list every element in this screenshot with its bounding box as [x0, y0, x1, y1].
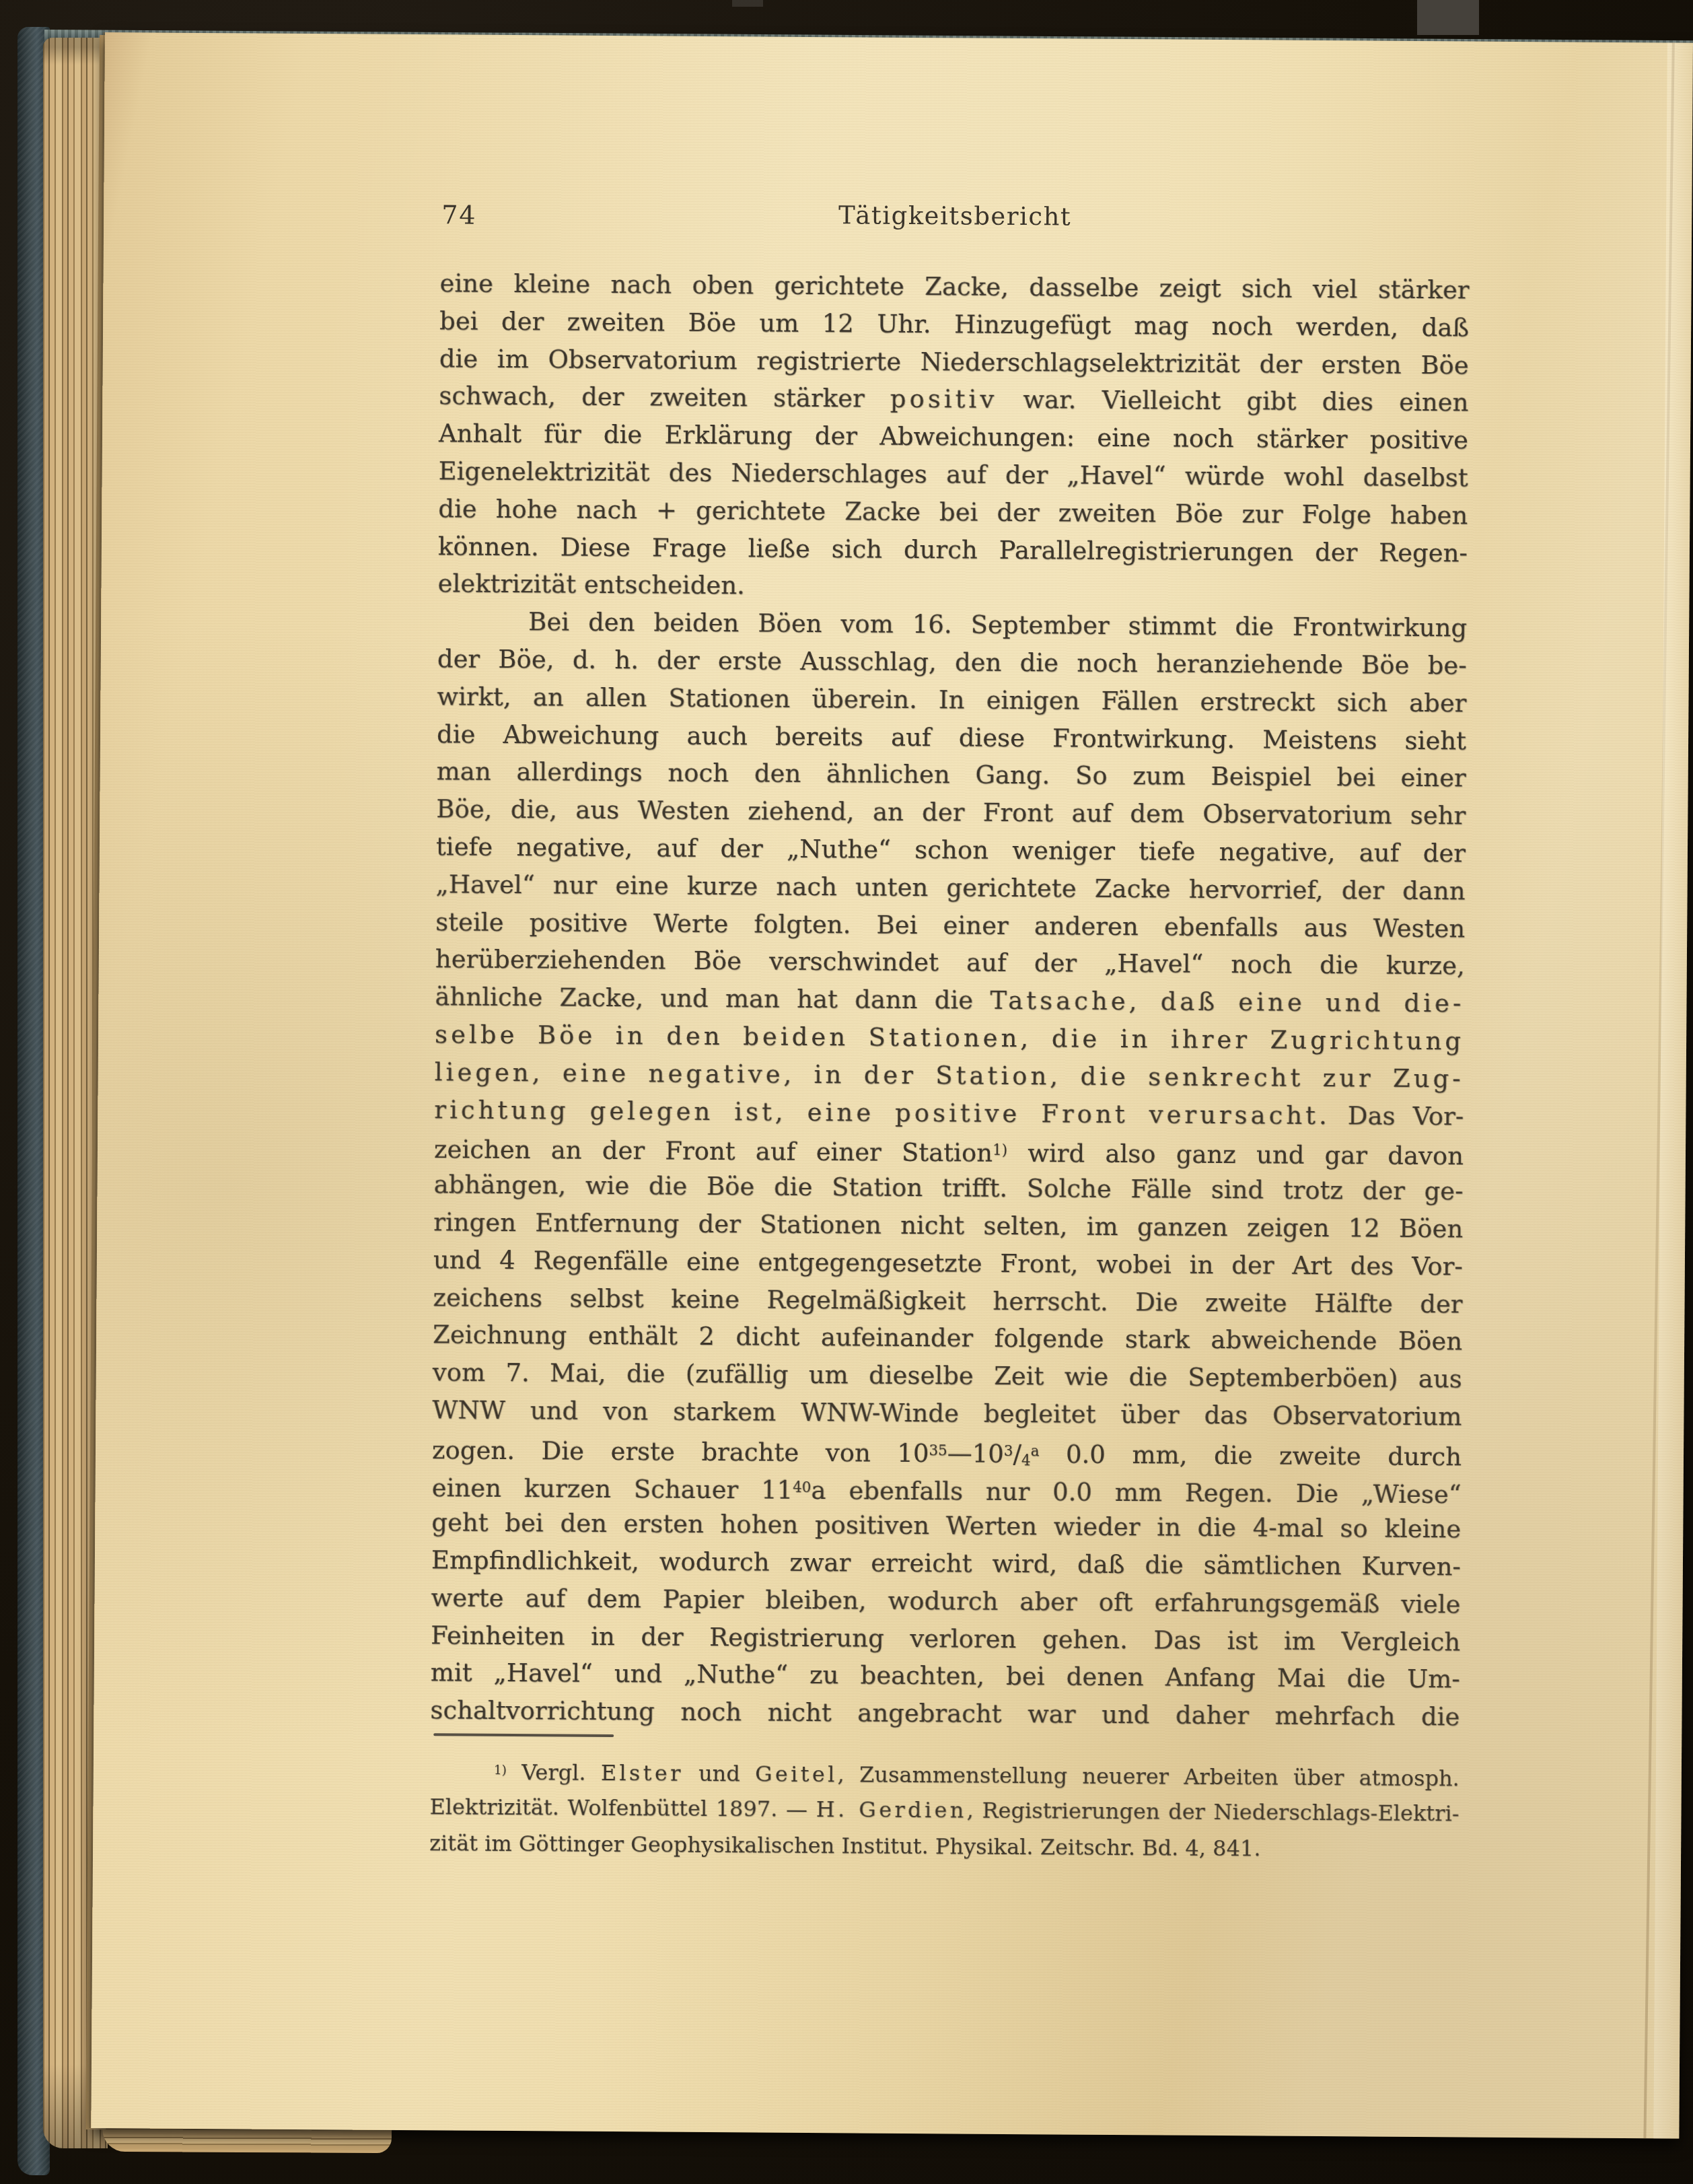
text-segment: Bei den beiden Böen vom 16. September st…: [528, 607, 1467, 642]
text-line: elektrizität entscheiden.: [437, 565, 1467, 610]
text-segment: Empfindlichkeit, wodurch zwar erreicht w…: [431, 1545, 1461, 1581]
text-segment: mit „Havel“ und „Nuthe“ zu beachten, bei…: [431, 1658, 1460, 1694]
text-line: die im Observatorium registrierte Nieder…: [439, 340, 1469, 384]
text-segment: 1): [993, 1142, 1007, 1159]
footnote-separator: [433, 1733, 614, 1737]
text-segment: schwach, der zweiten stärker: [439, 382, 890, 413]
background-patch: [732, 0, 763, 7]
text-segment: können. Diese Frage ließe sich durch Par…: [438, 532, 1468, 567]
text-segment: positiv: [890, 384, 998, 414]
text-line: und 4 Regenfälle eine entgegengesetzte F…: [433, 1241, 1463, 1285]
text-segment: , Zusammenstellung neuerer Arbeiten über…: [838, 1762, 1460, 1792]
scanned-book-photo: { "page": { "page_number": "74", "runnin…: [0, 0, 1693, 2184]
text-segment: bei der zweiten Böe um 12 Uhr. Hinzugefü…: [439, 306, 1469, 342]
text-segment: elektrizität entscheiden.: [437, 569, 745, 600]
text-line: geht bei den ersten hohen positiven Wert…: [431, 1504, 1461, 1549]
text-line: Bei den beiden Böen vom 16. September st…: [437, 602, 1467, 647]
text-line: können. Diese Frage ließe sich durch Par…: [438, 528, 1468, 572]
text-segment: liegen, eine negative, in der Station, d…: [435, 1057, 1464, 1093]
text-line: die Abweichung auch bereits auf diese Fr…: [437, 715, 1466, 760]
text-line: richtung gelegen ist, eine positive Fron…: [434, 1091, 1464, 1135]
text-segment: Feinheiten in der Registrierung verloren…: [431, 1621, 1460, 1656]
text-line: abhängen, wie die Böe die Station trifft…: [433, 1166, 1463, 1210]
text-segment: a: [1031, 1443, 1040, 1460]
text-segment: 40: [793, 1479, 811, 1495]
text-line: eine kleine nach oben gerichtete Zacke, …: [439, 265, 1469, 309]
paragraph: eine kleine nach oben gerichtete Zacke, …: [437, 265, 1469, 609]
text-line: Zeichnung enthält 2 dicht aufeinander fo…: [433, 1316, 1462, 1361]
text-segment: und: [684, 1761, 755, 1787]
text-segment: einen kurzen Schauer 11: [432, 1473, 793, 1504]
text-line: der Böe, d. h. der erste Ausschlag, den …: [437, 640, 1467, 684]
text-segment: die Abweichung auch bereits auf diese Fr…: [437, 719, 1466, 755]
text-line: Feinheiten in der Registrierung verloren…: [431, 1617, 1460, 1661]
body-text: eine kleine nach oben gerichtete Zacke, …: [430, 265, 1469, 1736]
text-segment: eine kleine nach oben gerichtete Zacke, …: [439, 269, 1469, 304]
text-segment: 35: [929, 1442, 947, 1459]
text-segment: H. Gerdien: [816, 1796, 967, 1823]
text-segment: Zeichnung enthält 2 dicht aufeinander fo…: [433, 1320, 1462, 1356]
text-segment: schaltvorrichtung noch nicht angebracht …: [430, 1696, 1460, 1732]
text-segment: Elektrizität. Wolfenbüttel 1897. —: [429, 1794, 816, 1822]
page-number: 74: [441, 200, 477, 230]
text-segment: abhängen, wie die Böe die Station trifft…: [434, 1170, 1464, 1205]
text-segment: Elster: [601, 1760, 684, 1786]
text-line: wirkt, an allen Stationen überein. In ei…: [437, 678, 1466, 722]
text-line: Empfindlichkeit, wodurch zwar erreicht w…: [431, 1541, 1461, 1586]
text-segment: ähnliche Zacke, und man hat dann die: [435, 982, 990, 1014]
text-segment: die hohe nach + gerichtete Zacke bei der…: [438, 494, 1468, 530]
text-segment: tiefe negative, auf der „Nuthe“ schon we…: [436, 832, 1466, 868]
text-segment: zität im Göttinger Geophysikalischen Ins…: [429, 1830, 1261, 1861]
text-line: Anhalt für die Erklärung der Abweichunge…: [439, 415, 1468, 459]
text-segment: war. Vielleicht gibt dies einen: [997, 385, 1468, 417]
text-segment: werte auf dem Papier bleiben, wodurch ab…: [431, 1583, 1460, 1619]
text-line: selbe Böe in den beiden Stationen, die i…: [435, 1016, 1464, 1060]
text-line: zogen. Die erste brachte von 1035—103/4a…: [432, 1429, 1462, 1473]
text-line: vom 7. Mai, die (zufällig um dieselbe Ze…: [433, 1353, 1462, 1398]
text-segment: selbe Böe in den beiden Stationen, die i…: [435, 1020, 1464, 1055]
footnote-line: zität im Göttinger Geophysikalischen Ins…: [429, 1825, 1459, 1868]
text-segment: Geitel: [755, 1761, 838, 1788]
text-segment: 1): [494, 1763, 507, 1777]
text-line: WNW und von starkem WNW-Winde begleitet …: [432, 1391, 1462, 1436]
text-line: herüberziehenden Böe verschwindet auf de…: [435, 941, 1465, 985]
book-page: 74 Tätigkeitsbericht eine kleine nach ob…: [91, 32, 1693, 2139]
background-patch: [1417, 0, 1479, 35]
text-segment: herüberziehenden Böe verschwindet auf de…: [435, 945, 1465, 981]
text-line: „Havel“ nur eine kurze nach unten gerich…: [435, 866, 1465, 910]
text-segment: die im Observatorium registrierte Nieder…: [439, 344, 1469, 380]
text-segment: ringen Entfernung der Stationen nicht se…: [433, 1207, 1463, 1243]
footnote-line: 1) Vergl. Elster und Geitel, Zusammenste…: [430, 1752, 1460, 1795]
text-segment: Anhalt für die Erklärung der Abweichunge…: [439, 419, 1468, 454]
text-segment: wird also ganz und gar davon: [1007, 1139, 1464, 1170]
text-line: Böe, die, aus Westen ziehend, an der Fro…: [436, 790, 1466, 835]
text-line: liegen, eine negative, in der Station, d…: [435, 1053, 1464, 1098]
text-line: zeichens selbst keine Regelmäßigkeit her…: [433, 1279, 1462, 1323]
text-segment: a ebenfalls nur 0.0 mm Regen. Die „Wiese…: [811, 1475, 1461, 1508]
text-segment: man allerdings noch den ähnlichen Gang. …: [437, 757, 1466, 793]
text-segment: zeichen an der Front auf einer Station: [434, 1135, 993, 1168]
text-line: man allerdings noch den ähnlichen Gang. …: [437, 753, 1466, 798]
text-segment: Das Vor-: [1330, 1101, 1464, 1131]
text-segment: Tatsache, daß eine und die-: [990, 986, 1464, 1018]
text-segment: steile positive Werte folgten. Bei einer…: [435, 907, 1465, 943]
text-segment: der Böe, d. h. der erste Ausschlag, den …: [437, 644, 1467, 680]
text-line: steile positive Werte folgten. Bei einer…: [435, 903, 1465, 948]
page-header: 74 Tätigkeitsbericht: [440, 198, 1470, 240]
text-line: zeichen an der Front auf einer Station1)…: [434, 1129, 1464, 1173]
text-line: schaltvorrichtung noch nicht angebracht …: [430, 1692, 1460, 1736]
text-line: mit „Havel“ und „Nuthe“ zu beachten, bei…: [431, 1654, 1460, 1699]
text-segment: vom 7. Mai, die (zufällig um dieselbe Ze…: [433, 1358, 1462, 1393]
text-line: bei der zweiten Böe um 12 Uhr. Hinzugefü…: [439, 302, 1469, 347]
text-segment: 4: [1021, 1452, 1031, 1469]
text-segment: wirkt, an allen Stationen überein. In ei…: [437, 682, 1466, 717]
text-segment: 0.0 mm, die zweite durch: [1039, 1440, 1462, 1471]
text-segment: WNW und von starkem WNW-Winde begleitet …: [432, 1395, 1462, 1431]
text-line: die hohe nach + gerichtete Zacke bei der…: [438, 490, 1468, 534]
text-segment: zeichens selbst keine Regelmäßigkeit her…: [433, 1283, 1462, 1318]
text-segment: , Registrierungen der Niederschlags-Elek…: [967, 1798, 1460, 1827]
text-line: werte auf dem Papier bleiben, wodurch ab…: [431, 1579, 1460, 1623]
text-segment: „Havel“ nur eine kurze nach unten gerich…: [435, 870, 1465, 905]
text-line: ringen Entfernung der Stationen nicht se…: [433, 1203, 1463, 1248]
text-line: schwach, der zweiten stärker positiv war…: [439, 378, 1468, 422]
text-segment: 3: [1004, 1443, 1013, 1460]
running-title: Tätigkeitsbericht: [440, 198, 1470, 234]
footnote-text: 1) Vergl. Elster und Geitel, Zusammenste…: [429, 1752, 1460, 1868]
text-segment: —10: [947, 1439, 1004, 1469]
text-line: ähnliche Zacke, und man hat dann die Tat…: [435, 978, 1464, 1022]
text-segment: und 4 Regenfälle eine entgegengesetzte F…: [433, 1245, 1463, 1281]
text-segment: Eigenelektrizität des Niederschlages auf…: [439, 456, 1468, 492]
paragraph: Bei den beiden Böen vom 16. September st…: [430, 602, 1467, 1736]
text-segment: zogen. Die erste brachte von 10: [432, 1436, 929, 1468]
text-line: tiefe negative, auf der „Nuthe“ schon we…: [436, 828, 1466, 872]
text-segment: /: [1013, 1439, 1021, 1468]
text-line: einen kurzen Schauer 1140a ebenfalls nur…: [432, 1467, 1462, 1511]
text-line: Eigenelektrizität des Niederschlages auf…: [439, 452, 1468, 497]
text-segment: Böe, die, aus Westen ziehend, an der Fro…: [436, 794, 1466, 830]
text-segment: geht bei den ersten hohen positiven Wert…: [431, 1508, 1461, 1544]
text-segment: Vergl.: [507, 1759, 601, 1786]
text-segment: richtung gelegen ist, eine positive Fron…: [434, 1095, 1330, 1130]
